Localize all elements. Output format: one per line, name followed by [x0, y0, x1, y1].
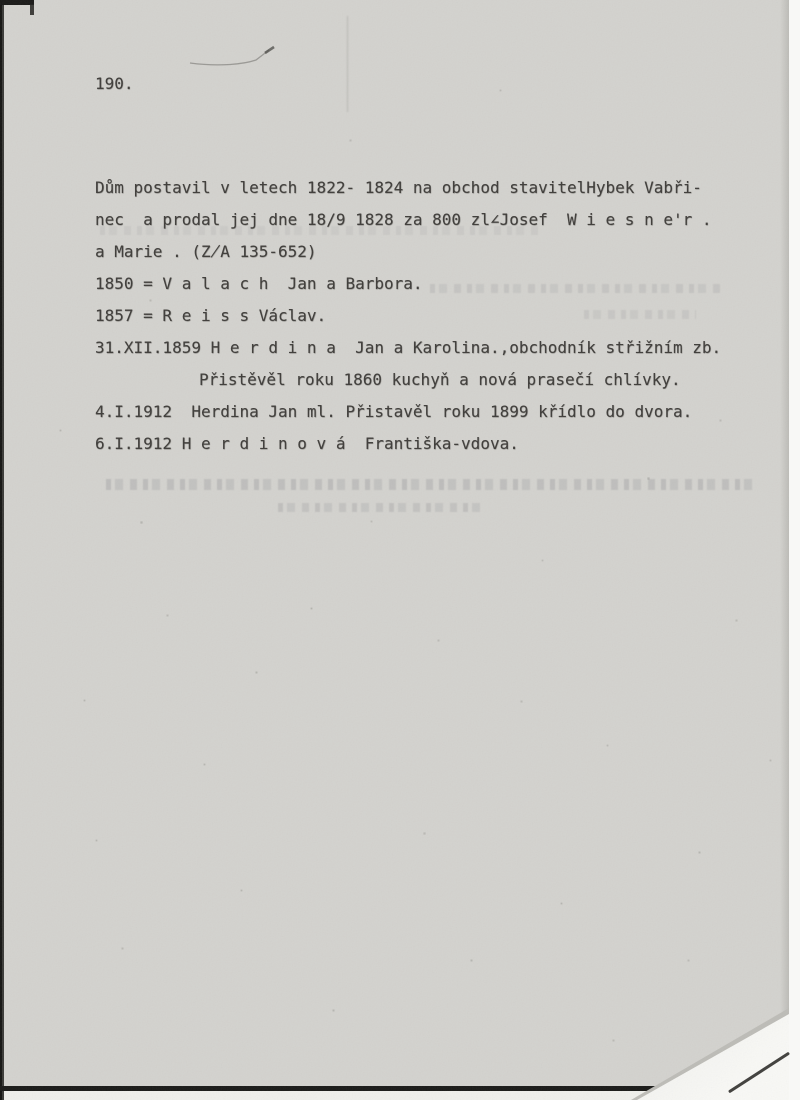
typed-line-9: 6.I.1912 H e r d i n o v á Františka-vdo… [95, 428, 755, 460]
typed-line-2: nec a prodal jej dne 18/9 1828 za 800 zl… [95, 204, 755, 236]
typed-line-3: a Marie . (Z̸A 135-652) [95, 236, 755, 268]
paper-grain-texture [0, 0, 789, 1100]
typed-line-7: Přistěvěl roku 1860 kuchyň a nová praseč… [95, 364, 755, 396]
crease-mark [150, 20, 350, 90]
scan-bottom-margin [4, 1091, 692, 1100]
paper-sheet: 190. Dům postavil v letech 1822- 1824 na… [0, 0, 789, 1100]
typed-text-block: Dům postavil v letech 1822- 1824 na obch… [95, 172, 755, 460]
scan-edge-left [0, 0, 4, 1100]
ghost-offset-text-4 [106, 479, 756, 490]
crease-vertical-mark [347, 16, 348, 112]
typed-line-4: 1850 = V a l a c h Jan a Barbora. [95, 268, 755, 300]
typed-line-5: 1857 = R e i s s Václav. [95, 300, 755, 332]
page-number: 190. [95, 74, 134, 93]
typed-line-1: Dům postavil v letech 1822- 1824 na obch… [95, 172, 755, 204]
scan-viewport: { "colors": { "paper": "#d3d2ce", "ink":… [0, 0, 800, 1100]
typed-line-6: 31.XII.1859 H e r d i n a Jan a Karolina… [95, 332, 755, 364]
scan-edge-top-left-hook [0, 0, 34, 5]
scan-edge-top-left-stub [30, 4, 34, 15]
paper-right-edge-shade [780, 0, 789, 1100]
typed-line-8: 4.I.1912 Herdina Jan ml. Přistavěl roku … [95, 396, 755, 428]
ghost-offset-text-5 [278, 503, 484, 512]
